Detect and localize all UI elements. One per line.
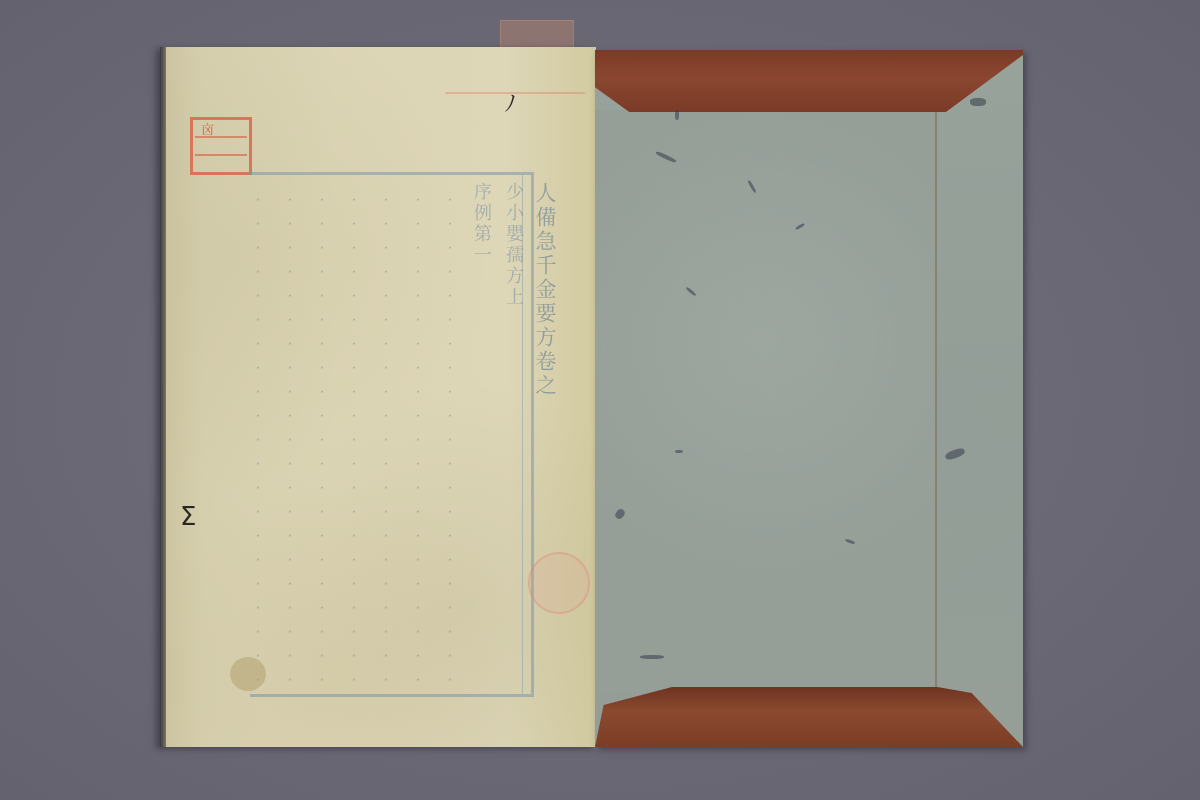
left-printed-page: 㐫 人備急千金要方卷之 少小嬰孺方上 序例第一 ﹒﹒﹒﹒﹒﹒﹒﹒﹒﹒﹒﹒﹒﹒﹒﹒… (160, 47, 596, 747)
handwritten-ink-mark: ﾉ (505, 87, 516, 118)
body-text-column: ﹒﹒﹒﹒﹒﹒﹒﹒﹒﹒﹒﹒﹒﹒﹒﹒﹒﹒﹒﹒﹒ (434, 182, 460, 702)
cover-lining-panel (595, 110, 937, 692)
bottom-cover-turn-in (595, 687, 1023, 747)
title-column: 人備急千金要方卷之 (530, 182, 556, 702)
section-column: 序例第一 (466, 182, 492, 702)
body-text-column: ﹒﹒﹒﹒﹒﹒﹒﹒﹒﹒﹒﹒﹒﹒﹒﹒﹒﹒﹒﹒﹒ (242, 182, 268, 702)
handwritten-ink-mark: Σ (180, 502, 196, 532)
body-text-column: ﹒﹒﹒﹒﹒﹒﹒﹒﹒﹒﹒﹒﹒﹒﹒﹒﹒﹒﹒﹒﹒ (306, 182, 332, 702)
paper-fiber (970, 98, 986, 106)
rectangular-red-seal: 㐫 (190, 117, 252, 175)
paper-fiber (675, 110, 679, 120)
page-edge (160, 47, 166, 747)
body-text-column: ﹒﹒﹒﹒﹒﹒﹒﹒﹒﹒﹒﹒﹒﹒﹒﹒﹒﹒﹒﹒﹒ (402, 182, 428, 702)
subtitle-column: 少小嬰孺方上 (498, 182, 524, 702)
inside-cover (595, 50, 1023, 747)
body-text-column: ﹒﹒﹒﹒﹒﹒﹒﹒﹒﹒﹒﹒﹒﹒﹒﹒﹒﹒﹒﹒﹒ (338, 182, 364, 702)
round-red-seal (528, 552, 590, 614)
paper-fiber (675, 450, 683, 453)
paper-stain (230, 657, 266, 691)
body-text-column: ﹒﹒﹒﹒﹒﹒﹒﹒﹒﹒﹒﹒﹒﹒﹒﹒﹒﹒﹒﹒﹒ (274, 182, 300, 702)
body-text-column: ﹒﹒﹒﹒﹒﹒﹒﹒﹒﹒﹒﹒﹒﹒﹒﹒﹒﹒﹒﹒﹒ (370, 182, 396, 702)
seal-glyph: 㐫 (201, 119, 214, 138)
text-columns: 人備急千金要方卷之 少小嬰孺方上 序例第一 ﹒﹒﹒﹒﹒﹒﹒﹒﹒﹒﹒﹒﹒﹒﹒﹒﹒﹒… (242, 182, 556, 702)
paper-fiber (640, 655, 664, 659)
